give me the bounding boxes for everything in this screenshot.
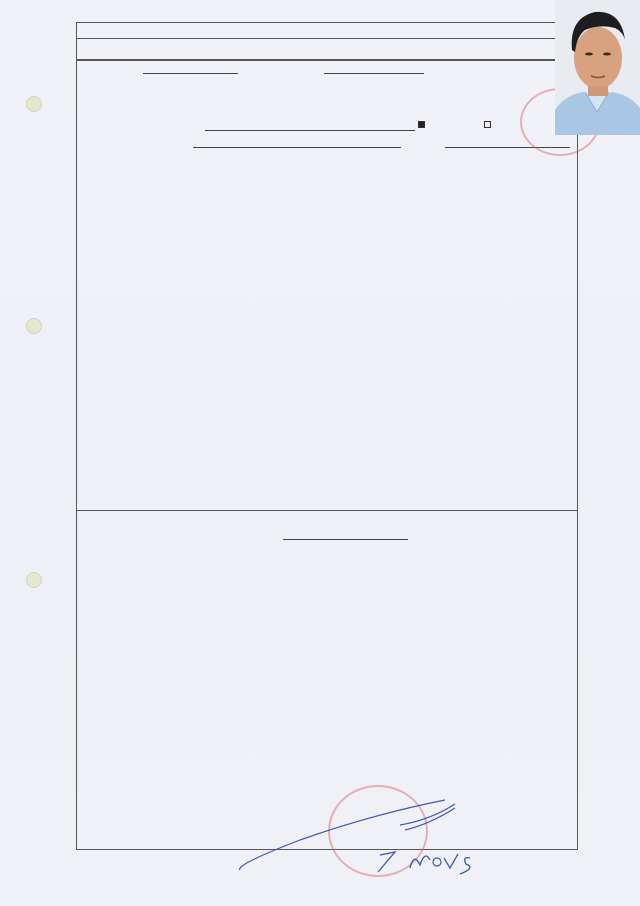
checkbox-checked-icon [418,121,425,128]
checkbox-empty-icon [484,121,491,128]
punch-hole [26,96,42,112]
divider [76,59,578,61]
signature-icon [230,790,480,880]
production-weld-checkbox[interactable] [484,120,493,130]
punch-hole [26,318,42,334]
id-value [324,63,424,74]
visual-value [283,529,408,540]
test-coupon-checkbox[interactable] [418,120,427,130]
divider [76,510,578,511]
wps-value [205,120,415,131]
base-metal-value [193,137,401,148]
portrait-icon [555,0,640,135]
welder-photo [555,0,640,135]
document-page [0,0,640,906]
punch-hole [26,572,42,588]
welder-name-value [143,63,238,74]
divider [76,38,578,39]
